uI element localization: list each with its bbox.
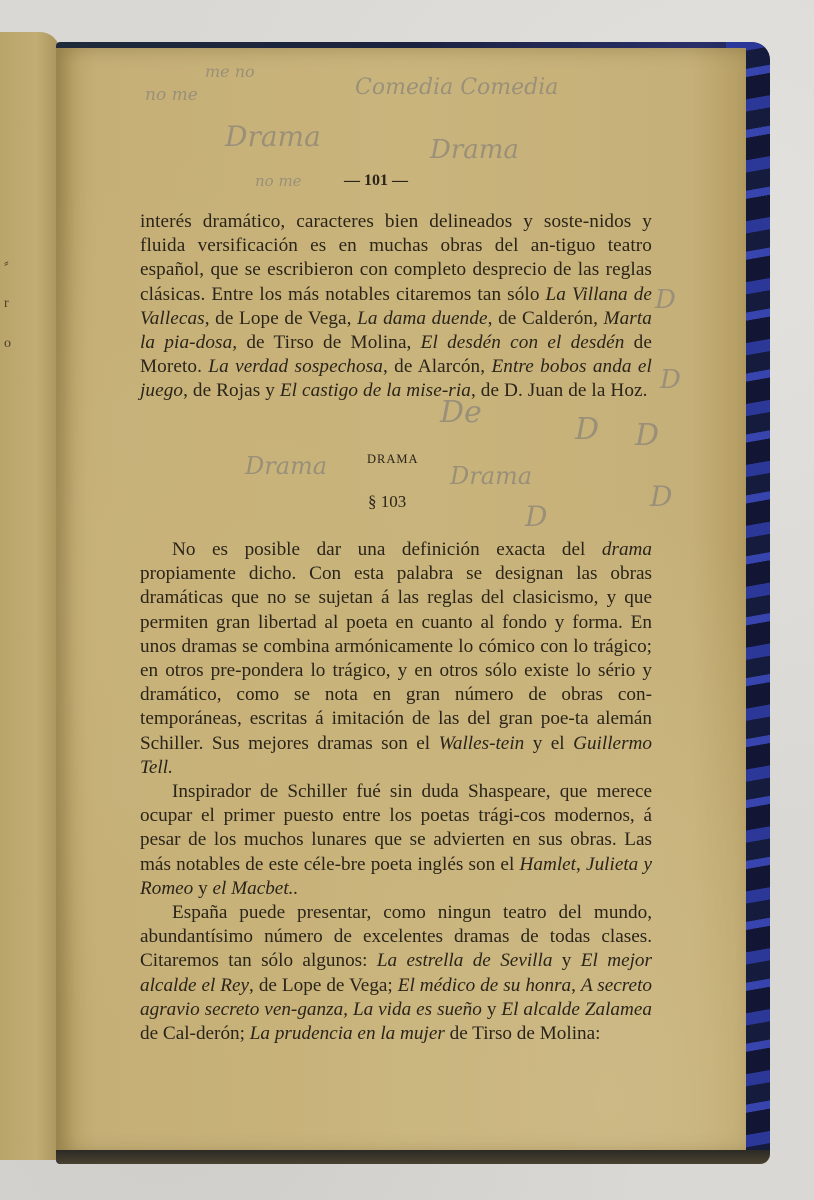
page-number: — 101 — — [344, 172, 408, 190]
previous-page-marks: ⸗ro — [4, 244, 11, 364]
italic-title: La dama duende — [357, 308, 488, 329]
italic-title: drama — [602, 539, 652, 560]
pencil-handwriting: me no — [205, 62, 255, 81]
pencil-handwriting: Drama — [245, 452, 327, 480]
pencil-handwriting: D — [525, 500, 547, 533]
pencil-handwriting: D — [660, 365, 681, 395]
section-body: No es posible dar una definición exacta … — [140, 538, 652, 1046]
italic-title: La estrella de Sevilla — [377, 950, 553, 971]
paragraph: No es posible dar una definición exacta … — [140, 538, 652, 780]
italic-title: El alcalde Zalamea — [501, 999, 652, 1020]
pencil-handwriting: D — [635, 418, 659, 453]
section-heading: DRAMA — [367, 452, 419, 467]
italic-title: El desdén con el desdén — [421, 332, 625, 353]
italic-title: el Macbet.. — [212, 878, 298, 899]
italic-title: Walles-tein — [439, 733, 525, 754]
paragraph: Inspirador de Schiller fué sin duda Shas… — [140, 780, 652, 901]
paragraph-continuation: interés dramático, caracteres bien delin… — [140, 210, 652, 404]
pencil-handwriting: D — [650, 480, 672, 513]
pencil-handwriting: D — [575, 412, 599, 447]
paragraph: España puede presentar, como ningun teat… — [140, 901, 652, 1046]
italic-title: Hamlet — [520, 854, 577, 875]
italic-title: Guillermo Tell. — [140, 733, 652, 778]
italic-title: La prudencia en la mujer — [250, 1023, 445, 1044]
book-bottom-edge — [56, 1150, 770, 1164]
italic-title: El médico de su honra — [398, 975, 571, 996]
book-page: me nono meComedia ComediaDramaDramano me… — [56, 48, 746, 1154]
pencil-handwriting: D — [655, 285, 676, 315]
top-paragraph: interés dramático, caracteres bien delin… — [140, 210, 652, 404]
pencil-handwriting: Drama — [450, 462, 532, 490]
pencil-handwriting: Drama — [225, 120, 321, 153]
italic-title: La vida es sueño — [353, 999, 482, 1020]
pencil-handwriting: no me — [145, 85, 198, 105]
italic-title: El castigo de la mise-ria — [280, 380, 471, 401]
pencil-handwriting: no me — [255, 172, 302, 190]
italic-title: La verdad sospechosa — [208, 356, 383, 377]
pencil-handwriting: Drama — [430, 135, 519, 165]
section-number: § 103 — [368, 492, 406, 512]
pencil-handwriting: Comedia Comedia — [355, 75, 558, 100]
previous-page-edge: ⸗ro — [0, 32, 60, 1160]
